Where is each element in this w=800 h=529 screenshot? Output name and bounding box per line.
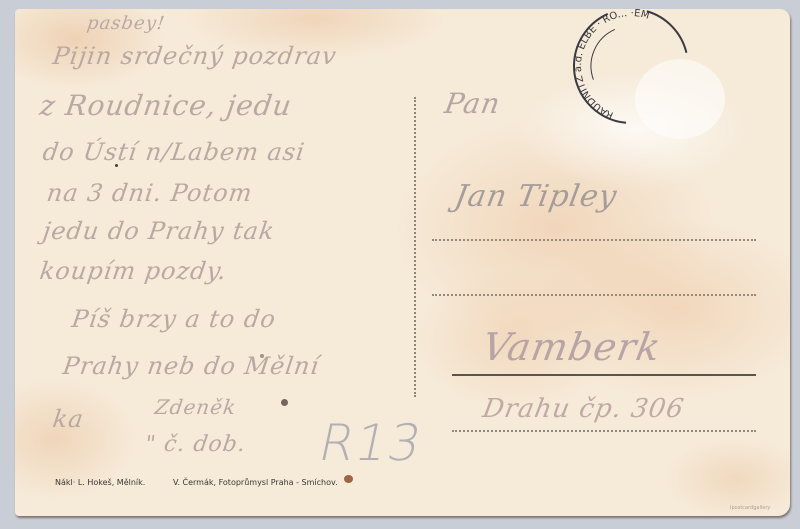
address-street: Drahu čp. 306 xyxy=(480,394,686,424)
message-line: pasbey! xyxy=(86,15,167,33)
publisher-left: Nákl· L. Hokeš, Mělník. xyxy=(55,478,145,487)
address-name: Jan Tipley xyxy=(452,179,620,214)
address-line-1 xyxy=(432,239,756,241)
address-line-4 xyxy=(452,430,756,432)
foxing-spot xyxy=(281,399,288,406)
address-salutation: Pan xyxy=(442,87,503,120)
message-line: Pijin srdečný pozdrav xyxy=(51,44,338,68)
foxing-spot xyxy=(344,475,353,483)
scan-credit: Ipostcardgallery xyxy=(730,505,770,511)
message-line: na 3 dni. Potom xyxy=(45,181,254,205)
address-town: Vamberk xyxy=(479,325,664,369)
message-line: Prahy neb do Mělní xyxy=(61,354,321,378)
stamp-residue xyxy=(635,59,725,139)
message-line: do Ústí n/Labem asi xyxy=(41,140,306,164)
message-line: Píš brzy a to do xyxy=(70,307,277,331)
message-line: " č. dob. xyxy=(143,434,247,456)
center-divider xyxy=(414,97,416,397)
publisher-right: V. Čermák, Fotoprůmysl Praha - Smíchov. xyxy=(173,478,338,487)
message-line: z Roudnice, jedu xyxy=(38,92,294,120)
message-line: koupím pozdy. xyxy=(38,259,228,283)
postcard-back: RAUDNITZ a.d. ELBE · RO... ·EM pasbey! P… xyxy=(15,9,790,516)
address-line-3 xyxy=(452,374,756,376)
message-line: ka xyxy=(51,407,85,431)
address-line-2 xyxy=(432,294,756,296)
message-line: jedu do Prahy tak xyxy=(41,219,276,243)
inventory-mark: R13 xyxy=(314,414,428,472)
message-signature: Zdeněk xyxy=(154,397,238,417)
